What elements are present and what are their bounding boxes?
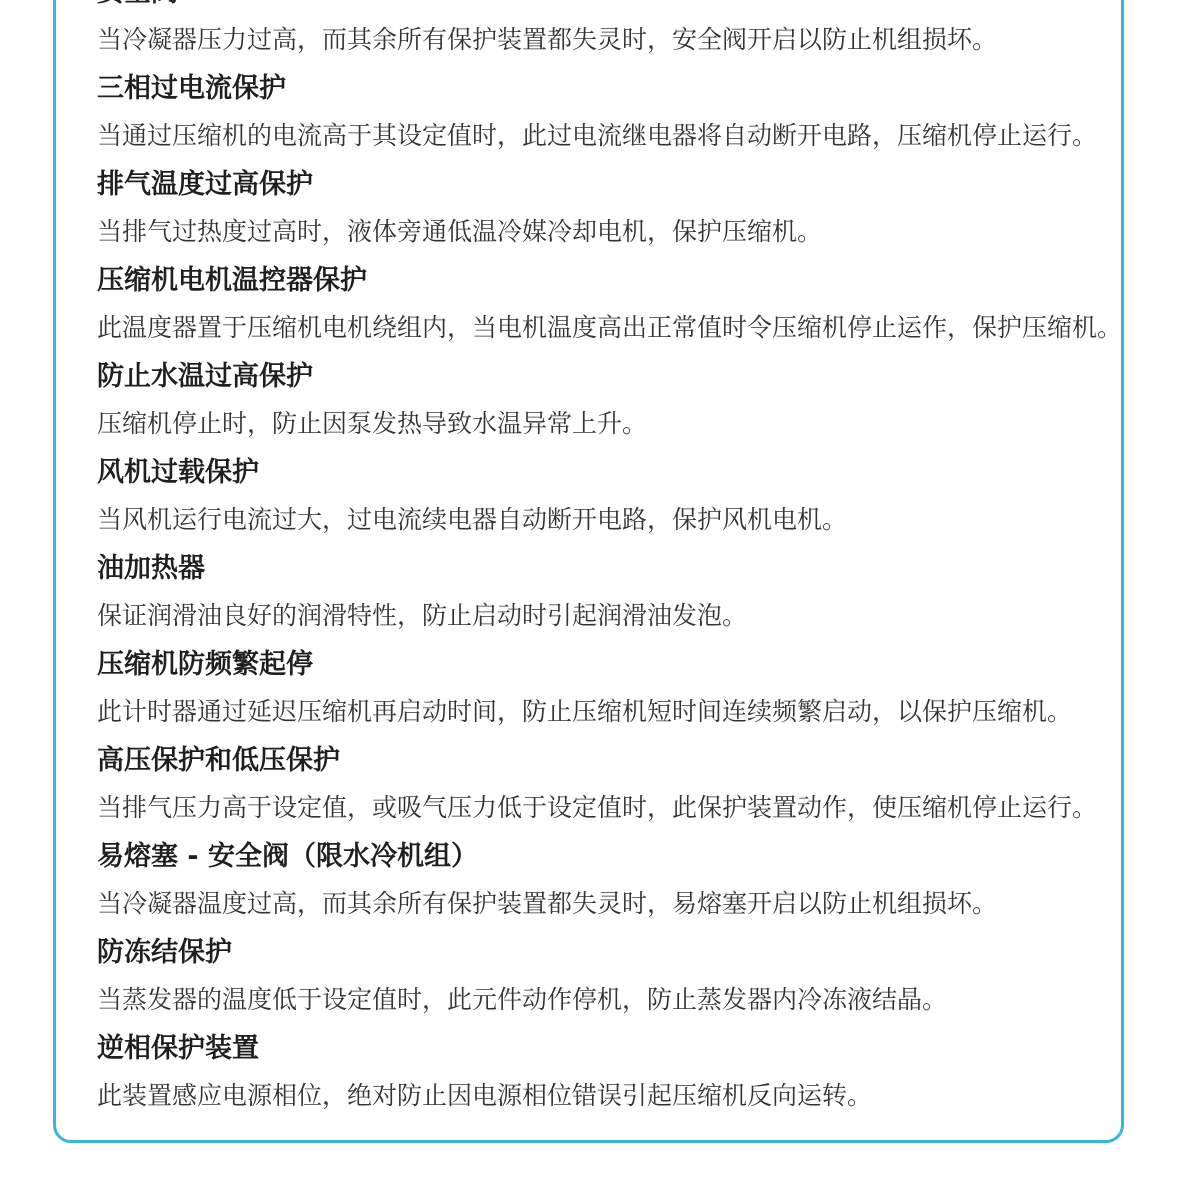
feature-section-anti-frequent-start: 压缩机防频繁起停 此计时器通过延迟压缩机再启动时间，防止压缩机短时间连续频繁启动… <box>97 650 1092 726</box>
feature-heading: 易熔塞 - 安全阀（限水冷机组） <box>97 842 1092 872</box>
feature-section-safety-valve: 安全阀 当冷凝器压力过高，而其余所有保护装置都失灵时，安全阀开启以防止机组损坏。 <box>97 0 1092 54</box>
feature-description: 当蒸发器的温度低于设定值时，此元件动作停机，防止蒸发器内冷冻液结晶。 <box>97 986 1092 1014</box>
feature-heading: 逆相保护装置 <box>97 1034 1092 1064</box>
feature-description: 压缩机停止时，防止因泵发热导致水温异常上升。 <box>97 410 1092 438</box>
feature-section-fan-overload: 风机过载保护 当风机运行电流过大，过电流续电器自动断开电路，保护风机电机。 <box>97 458 1092 534</box>
feature-heading: 压缩机防频繁起停 <box>97 650 1092 680</box>
feature-heading: 高压保护和低压保护 <box>97 746 1092 776</box>
feature-heading: 压缩机电机温控器保护 <box>97 266 1092 296</box>
feature-heading: 防冻结保护 <box>97 938 1092 968</box>
feature-description: 保证润滑油良好的润滑特性，防止启动时引起润滑油发泡。 <box>97 602 1092 630</box>
feature-description: 此温度器置于压缩机电机绕组内，当电机温度高出正常值时令压缩机停止运作，保护压缩机… <box>97 314 1092 342</box>
feature-description: 当冷凝器压力过高，而其余所有保护装置都失灵时，安全阀开启以防止机组损坏。 <box>97 26 1092 54</box>
feature-section-high-low-pressure: 高压保护和低压保护 当排气压力高于设定值，或吸气压力低于设定值时，此保护装置动作… <box>97 746 1092 822</box>
feature-section-oil-heater: 油加热器 保证润滑油良好的润滑特性，防止启动时引起润滑油发泡。 <box>97 554 1092 630</box>
feature-section-reverse-phase: 逆相保护装置 此装置感应电源相位，绝对防止因电源相位错误引起压缩机反向运转。 <box>97 1034 1092 1110</box>
feature-section-motor-thermostat: 压缩机电机温控器保护 此温度器置于压缩机电机绕组内，当电机温度高出正常值时令压缩… <box>97 266 1092 342</box>
feature-description: 当排气过热度过高时，液体旁通低温冷媒冷却电机，保护压缩机。 <box>97 218 1092 246</box>
feature-description: 此计时器通过延迟压缩机再启动时间，防止压缩机短时间连续频繁启动，以保护压缩机。 <box>97 698 1092 726</box>
feature-section-discharge-temp: 排气温度过高保护 当排气过热度过高时，液体旁通低温冷媒冷却电机，保护压缩机。 <box>97 170 1092 246</box>
feature-section-fusible-plug: 易熔塞 - 安全阀（限水冷机组） 当冷凝器温度过高，而其余所有保护装置都失灵时，… <box>97 842 1092 918</box>
feature-description: 此装置感应电源相位，绝对防止因电源相位错误引起压缩机反向运转。 <box>97 1082 1092 1110</box>
feature-heading: 三相过电流保护 <box>97 74 1092 104</box>
feature-heading: 油加热器 <box>97 554 1092 584</box>
feature-heading: 排气温度过高保护 <box>97 170 1092 200</box>
feature-section-anti-freeze: 防冻结保护 当蒸发器的温度低于设定值时，此元件动作停机，防止蒸发器内冷冻液结晶。 <box>97 938 1092 1014</box>
feature-description: 当风机运行电流过大，过电流续电器自动断开电路，保护风机电机。 <box>97 506 1092 534</box>
feature-section-three-phase-overcurrent: 三相过电流保护 当通过压缩机的电流高于其设定值时，此过电流继电器将自动断开电路，… <box>97 74 1092 150</box>
feature-description: 当排气压力高于设定值，或吸气压力低于设定值时，此保护装置动作，使压缩机停止运行。 <box>97 794 1092 822</box>
protection-features-list: 安全阀 当冷凝器压力过高，而其余所有保护装置都失灵时，安全阀开启以防止机组损坏。… <box>97 0 1092 1130</box>
feature-heading: 防止水温过高保护 <box>97 362 1092 392</box>
feature-description: 当冷凝器温度过高，而其余所有保护装置都失灵时，易熔塞开启以防止机组损坏。 <box>97 890 1092 918</box>
feature-heading: 风机过载保护 <box>97 458 1092 488</box>
feature-description: 当通过压缩机的电流高于其设定值时，此过电流继电器将自动断开电路，压缩机停止运行。 <box>97 122 1092 150</box>
feature-heading: 安全阀 <box>97 0 1092 8</box>
feature-section-water-temp: 防止水温过高保护 压缩机停止时，防止因泵发热导致水温异常上升。 <box>97 362 1092 438</box>
